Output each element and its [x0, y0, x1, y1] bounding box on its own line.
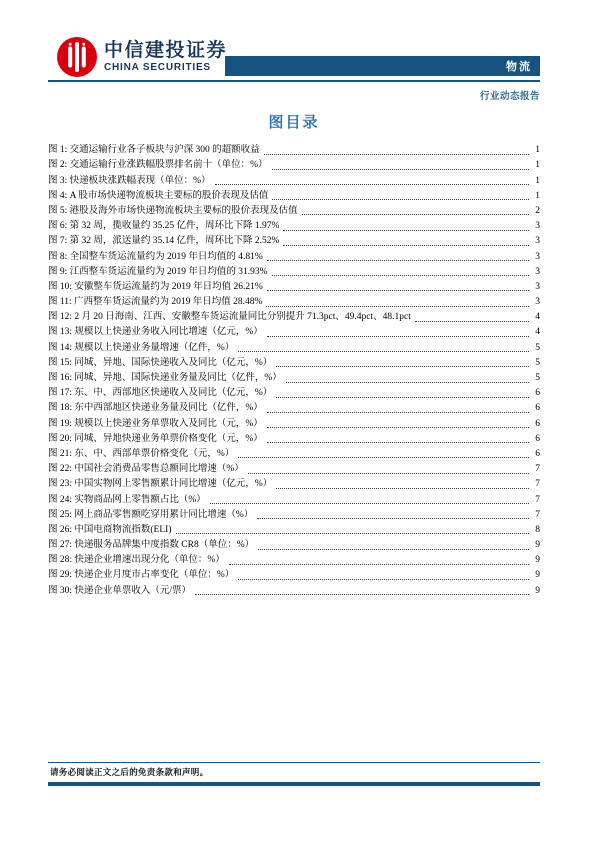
toc-leader-dots — [286, 382, 529, 383]
toc-entry-label: 图 18: 东中西部地区快递业务量及同比（亿件，%） — [48, 402, 263, 415]
toc-leader-dots — [238, 457, 529, 458]
toc-leader-dots — [283, 245, 529, 246]
toc-entry[interactable]: 图 5: 港股及海外市场快递物流板块主要标的股价表现及估值2 — [48, 203, 540, 218]
toc-entry[interactable]: 图 27: 快递服务品牌集中度指数 CR8（单位：%）9 — [48, 537, 540, 552]
toc-entry[interactable]: 图 2: 交通运输行业涨跌幅股票排名前十（单位：%）1 — [48, 157, 540, 172]
toc-entry[interactable]: 图 26: 中国电商物流指数(ELI)8 — [48, 522, 540, 537]
toc-entry[interactable]: 图 1: 交通运输行业各子板块与沪深 300 的超额收益1 — [48, 142, 540, 157]
brand-name-en: CHINA SECURITIES — [104, 62, 227, 74]
toc-entry[interactable]: 图 23: 中国实物网上零售额累计同比增速（亿元，%）7 — [48, 476, 540, 491]
toc-entry-label: 图 16: 同城、异地、国际快递业务量及同比（亿件，%） — [48, 372, 282, 385]
citic-logo-icon — [56, 36, 98, 78]
toc-entry-page: 9 — [532, 585, 540, 598]
toc-leader-dots — [267, 260, 529, 261]
toc-leader-dots — [302, 214, 529, 215]
toc-entry-label: 图 3: 快递板块涨跌幅表现（单位：%） — [48, 175, 211, 188]
toc-entry-page: 6 — [532, 418, 540, 431]
toc-entry[interactable]: 图 18: 东中西部地区快递业务量及同比（亿件，%）6 — [48, 400, 540, 415]
toc-entry-label: 图 26: 中国电商物流指数(ELI) — [48, 524, 172, 537]
toc-entry-label: 图 30: 快递企业单票收入（元/票） — [48, 585, 191, 598]
toc-entry[interactable]: 图 19: 规模以上快递业务单票收入及同比（元，%）6 — [48, 415, 540, 430]
toc-leader-dots — [176, 533, 530, 534]
footer-top-divider — [48, 762, 540, 763]
toc-entry-label: 图 19: 规模以上快递业务单票收入及同比（元，%） — [48, 418, 263, 431]
toc-entry-label: 图 14: 规模以上快递业务量增速（亿件，%） — [48, 342, 234, 355]
toc-entry[interactable]: 图 12: 2 月 20 日海南、江西、安徽整车货运流量同比分别提升 71.3p… — [48, 309, 540, 324]
toc-entry-page: 1 — [532, 175, 540, 188]
toc-leader-dots — [272, 199, 529, 200]
toc-entry-label: 图 28: 快递企业增速出现分化（单位：%） — [48, 554, 225, 567]
toc-leader-dots — [267, 442, 529, 443]
toc-entry-page: 3 — [532, 220, 540, 233]
toc-entry-page: 8 — [532, 524, 540, 537]
toc-entry-label: 图 8: 全国整车货运流量约为 2019 年日均值的 4.81% — [48, 251, 263, 264]
toc-entry-label: 图 4: A 股市场快递物流板块主要标的股价表现及估值 — [48, 190, 268, 203]
toc-entry[interactable]: 图 30: 快递企业单票收入（元/票）9 — [48, 582, 540, 597]
toc-entry-label: 图 25: 网上商品零售额吃穿用累计同比增速（%） — [48, 509, 253, 522]
toc-leader-dots — [238, 351, 529, 352]
toc-leader-dots — [272, 275, 529, 276]
toc-leader-dots — [272, 169, 529, 170]
toc-entry[interactable]: 图 8: 全国整车货运流量约为 2019 年日均值的 4.81%3 — [48, 248, 540, 263]
page-title: 图目录 — [48, 111, 540, 132]
report-page: 中信建投证券 CHINA SECURITIES 物流 行业动态报告 图目录 图 … — [0, 0, 595, 842]
footer-bottom-divider — [48, 782, 540, 786]
toc-leader-dots — [248, 473, 529, 474]
toc-entry-page: 2 — [532, 205, 540, 218]
toc-entry-page: 9 — [532, 554, 540, 567]
toc-entry-page: 5 — [532, 372, 540, 385]
toc-entry-label: 图 13: 规模以上快递业务收入同比增速（亿元，%） — [48, 326, 263, 339]
toc-leader-dots — [276, 366, 529, 367]
toc-entry-label: 图 9: 江西整车货运流量约为 2019 年日均值的 31.93% — [48, 266, 268, 279]
toc-entry-page: 1 — [532, 144, 540, 157]
toc-entry-page: 6 — [532, 387, 540, 400]
toc-entry-label: 图 7: 第 32 周，派送量约 35.14 亿件，周环比下降 2.52% — [48, 235, 279, 248]
industry-category-bar: 物流 — [225, 56, 540, 76]
toc-entry-page: 1 — [532, 190, 540, 203]
toc-leader-dots — [210, 503, 529, 504]
toc-entry-label: 图 27: 快递服务品牌集中度指数 CR8（单位：%） — [48, 539, 254, 552]
toc-entry[interactable]: 图 17: 东、中、西部地区快递收入及同比（亿元，%）6 — [48, 385, 540, 400]
toc-entry[interactable]: 图 15: 同城、异地、国际快递收入及同比（亿元，%）5 — [48, 355, 540, 370]
toc-entry-page: 7 — [532, 494, 540, 507]
toc-leader-dots — [195, 594, 529, 595]
toc-entry[interactable]: 图 9: 江西整车货运流量约为 2019 年日均值的 31.93%3 — [48, 264, 540, 279]
toc-entry[interactable]: 图 24: 实物商品网上零售额占比（%）7 — [48, 491, 540, 506]
toc-entry-label: 图 23: 中国实物网上零售额累计同比增速（亿元，%） — [48, 478, 272, 491]
toc-entry-page: 3 — [532, 296, 540, 309]
toc-entry-label: 图 2: 交通运输行业涨跌幅股票排名前十（单位：%） — [48, 159, 268, 172]
toc-entry-page: 3 — [532, 281, 540, 294]
toc-entry-page: 6 — [532, 433, 540, 446]
brand-text: 中信建投证券 CHINA SECURITIES — [104, 40, 227, 74]
toc-leader-dots — [267, 336, 529, 337]
toc-entry[interactable]: 图 29: 快递企业月度市占率变化（单位：%）9 — [48, 567, 540, 582]
toc-entry-label: 图 11: 广西整车货运流量约为 2019 年日均值 28.48% — [48, 296, 262, 309]
toc-entry-label: 图 5: 港股及海外市场快递物流板块主要标的股价表现及估值 — [48, 205, 298, 218]
toc-entry-page: 6 — [532, 402, 540, 415]
toc-entry-page: 7 — [532, 478, 540, 491]
toc-leader-dots — [258, 549, 529, 550]
toc-leader-dots — [415, 321, 529, 322]
toc-leader-dots — [276, 488, 529, 489]
toc-entry-label: 图 17: 东、中、西部地区快递收入及同比（亿元，%） — [48, 387, 272, 400]
toc-entry[interactable]: 图 25: 网上商品零售额吃穿用累计同比增速（%）7 — [48, 507, 540, 522]
toc-leader-dots — [229, 564, 529, 565]
toc-entry-label: 图 24: 实物商品网上零售额占比（%） — [48, 494, 206, 507]
toc-entry-label: 图 21: 东、中、西部单票价格变化（元，%） — [48, 448, 234, 461]
toc-entry-page: 5 — [532, 357, 540, 370]
toc-leader-dots — [283, 230, 529, 231]
toc-entry[interactable]: 图 10: 安徽整车货运流量约为 2019 年日均值 26.21%3 — [48, 279, 540, 294]
toc-entry[interactable]: 图 13: 规模以上快递业务收入同比增速（亿元，%）4 — [48, 324, 540, 339]
toc-entry[interactable]: 图 11: 广西整车货运流量约为 2019 年日均值 28.48%3 — [48, 294, 540, 309]
toc-leader-dots — [276, 397, 529, 398]
toc-entry-page: 3 — [532, 235, 540, 248]
brand-name-cn: 中信建投证券 — [104, 40, 227, 62]
toc-entry-page: 4 — [532, 326, 540, 339]
footer-disclaimer: 请务必阅读正文之后的免责条款和声明。 — [50, 766, 208, 778]
toc-entry-page: 4 — [532, 311, 540, 324]
toc-entry-page: 7 — [532, 509, 540, 522]
industry-category-label: 物流 — [506, 58, 532, 74]
toc-entry[interactable]: 图 4: A 股市场快递物流板块主要标的股价表现及估值1 — [48, 188, 540, 203]
header-divider — [48, 80, 540, 82]
toc-leader-dots — [267, 412, 529, 413]
toc-entry[interactable]: 图 14: 规模以上快递业务量增速（亿件，%）5 — [48, 339, 540, 354]
toc-entry-label: 图 22: 中国社会消费品零售总额同比增速（%） — [48, 463, 244, 476]
toc-leader-dots — [266, 306, 529, 307]
toc-leader-dots — [264, 154, 529, 155]
toc-entry-page: 3 — [532, 266, 540, 279]
toc-entry-label: 图 15: 同城、异地、国际快递收入及同比（亿元，%） — [48, 357, 272, 370]
toc-entry-label: 图 12: 2 月 20 日海南、江西、安徽整车货运流量同比分别提升 71.3p… — [48, 311, 411, 324]
toc-entry[interactable]: 图 3: 快递板块涨跌幅表现（单位：%）1 — [48, 172, 540, 187]
brand-logo: 中信建投证券 CHINA SECURITIES — [56, 36, 227, 78]
toc-entry[interactable]: 图 16: 同城、异地、国际快递业务量及同比（亿件，%）5 — [48, 370, 540, 385]
toc-leader-dots — [238, 579, 529, 580]
toc-leader-dots — [267, 290, 529, 291]
toc-entry[interactable]: 图 7: 第 32 周，派送量约 35.14 亿件，周环比下降 2.52%3 — [48, 233, 540, 248]
toc-entry[interactable]: 图 22: 中国社会消费品零售总额同比增速（%）7 — [48, 461, 540, 476]
toc-leader-dots — [257, 518, 529, 519]
toc-entry-label: 图 29: 快递企业月度市占率变化（单位：%） — [48, 569, 234, 582]
toc-entry[interactable]: 图 20: 同城、异地快递业务单票价格变化（元，%）6 — [48, 431, 540, 446]
toc-leader-dots — [267, 427, 529, 428]
toc-entry-page: 9 — [532, 539, 540, 552]
toc-entry-page: 7 — [532, 463, 540, 476]
toc-entry-page: 5 — [532, 342, 540, 355]
toc-entry-page: 1 — [532, 159, 540, 172]
toc-entry-page: 6 — [532, 448, 540, 461]
toc-entry[interactable]: 图 6: 第 32 周，揽收量约 35.25 亿件，周环比下降 1.97%3 — [48, 218, 540, 233]
toc-entry-label: 图 10: 安徽整车货运流量约为 2019 年日均值 26.21% — [48, 281, 263, 294]
toc-entry-label: 图 1: 交通运输行业各子板块与沪深 300 的超额收益 — [48, 144, 260, 157]
toc-entry-label: 图 20: 同城、异地快递业务单票价格变化（元，%） — [48, 433, 263, 446]
toc-entry-page: 3 — [532, 251, 540, 264]
report-type-label: 行业动态报告 — [48, 88, 540, 102]
toc-entry[interactable]: 图 28: 快递企业增速出现分化（单位：%）9 — [48, 552, 540, 567]
toc-entry-page: 9 — [532, 569, 540, 582]
figure-toc: 图 1: 交通运输行业各子板块与沪深 300 的超额收益1图 2: 交通运输行业… — [48, 142, 540, 598]
toc-entry-label: 图 6: 第 32 周，揽收量约 35.25 亿件，周环比下降 1.97% — [48, 220, 279, 233]
toc-leader-dots — [215, 184, 529, 185]
toc-entry[interactable]: 图 21: 东、中、西部单票价格变化（元，%）6 — [48, 446, 540, 461]
